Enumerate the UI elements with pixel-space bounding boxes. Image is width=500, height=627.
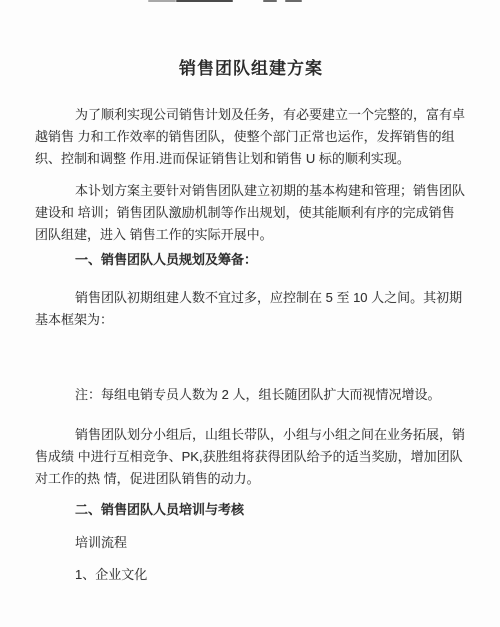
section-heading-2: 二、销售团队人员培训与考核: [35, 499, 467, 521]
document-page: 销售团队组建方案 为了顺利实现公司销售计划及任务，有必要建立一个完整的，富有卓越…: [0, 0, 500, 627]
cropped-text-artifact: [176, 0, 233, 2]
paragraph-intro: 为了顺利实现公司销售计划及任务，有必要建立一个完整的，富有卓越销售 力和工作效率…: [35, 104, 467, 170]
cropped-text-artifact: [263, 0, 277, 2]
section-heading-1: 一、销售团队人员规划及筹备：: [35, 249, 467, 271]
document-title: 销售团队组建方案: [35, 56, 467, 82]
list-item-corporate-culture: 1、企业文化: [35, 564, 467, 586]
paragraph-group-competition: 销售团队划分小组后，山组长带队，小组与小组之间在业务拓展，销售成绩 中进行互相竞…: [35, 424, 467, 490]
paragraph-plan-scope: 本讣划方案主要针对销售团队建立初期的基本构建和管理；销售团队建设和 培训；销售团…: [35, 180, 467, 246]
cropped-text-artifact: [148, 0, 176, 2]
paragraph-team-size: 销售团队初期组建人数不宜过多，应控制在 5 至 10 人之间。其初期基本框架为：: [35, 287, 467, 331]
cropped-text-artifact: [285, 0, 302, 2]
subheading-training-process: 培训流程: [35, 532, 467, 554]
note-line: 注：每组电销专员人数为 2 人，组长随团队扩大而视情况增设。: [35, 384, 467, 406]
